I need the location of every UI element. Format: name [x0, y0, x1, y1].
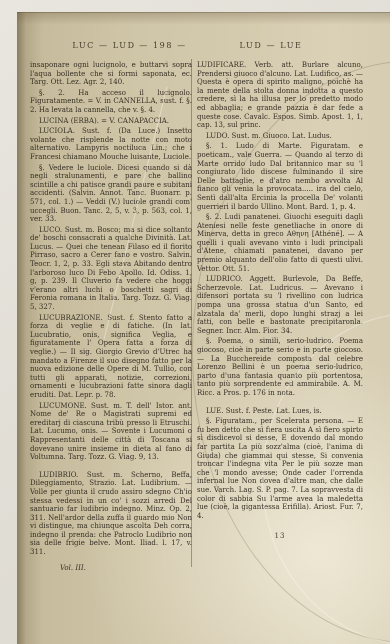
entry-lucumone: LUCUMONE. Sust. m. T. dell' Istor. ant. … [30, 402, 192, 462]
entry-paragraph: §. Figuratam., per Scelerata persona. — … [197, 417, 363, 520]
entry-lucina: LUCINA (ERBA). = V. CANAPACCIA. [30, 117, 192, 126]
running-title-left: LUC — LUD [72, 41, 135, 50]
entry-lucubrazione: LUCUBRAZIONE. Sust. f. Stento fatto a fo… [30, 314, 192, 400]
entry-ludificare: LUDIFICARE. Verb. att. Burlare alcuno, P… [197, 61, 363, 130]
entry-paragraph: §. 2. Ha acceso il lucignolo. Figuratame… [30, 89, 192, 115]
entry-paragraph: §. Vedere le luciole. Dicesi quando si d… [30, 164, 192, 224]
right-column: LUDIFICARE. Verb. att. Burlare alcuno, P… [197, 61, 363, 541]
left-column: insaponare ogni lucignolo, e buttarvi so… [30, 61, 192, 572]
page-number: — 198 — [139, 41, 187, 50]
entry-ludibrio: LUDIBRIO. Sust. m. Scherno, Beffa, Dileg… [30, 471, 192, 557]
volume-label: Vol. III. [30, 564, 192, 573]
entry-paragraph: §. 1. Ludo di Marte. Figuratam. e poetic… [197, 142, 363, 211]
entry-paragraph: §. Poema, o simili, serio-ludrico. Poema… [197, 337, 363, 397]
running-title-right: LUD — LUE [240, 41, 303, 50]
page-paper: LUC — LUD — 198 — LUD — LUE insaponare o… [17, 12, 390, 644]
entry-ludo: LUDO. Sust. m. Giuoco. Lat. Ludus. [197, 132, 363, 141]
entry-ludrico: LUDRICO. Aggett. Burlevole, Da Beffe, Sc… [197, 275, 363, 335]
scanned-dictionary-page: LUC — LUD — 198 — LUD — LUE insaponare o… [0, 0, 390, 644]
entry-luco: LUCO. Sust. m. Bosco; ma si dice soltant… [30, 226, 192, 312]
entry-luciola: LUCIOLA. Sust. f. (Da Luce.) Insetto vol… [30, 127, 192, 161]
entry-paragraph: §. 2. Ludi panatenei. Giuochi eseguiti d… [197, 213, 363, 273]
entry-lue: LUE. Sust. f. Peste. Lat. Lues, is. [197, 407, 363, 416]
signature-number: 13 [197, 532, 363, 541]
entry-continuation: insaponare ogni lucignolo, e buttarvi so… [30, 61, 192, 87]
